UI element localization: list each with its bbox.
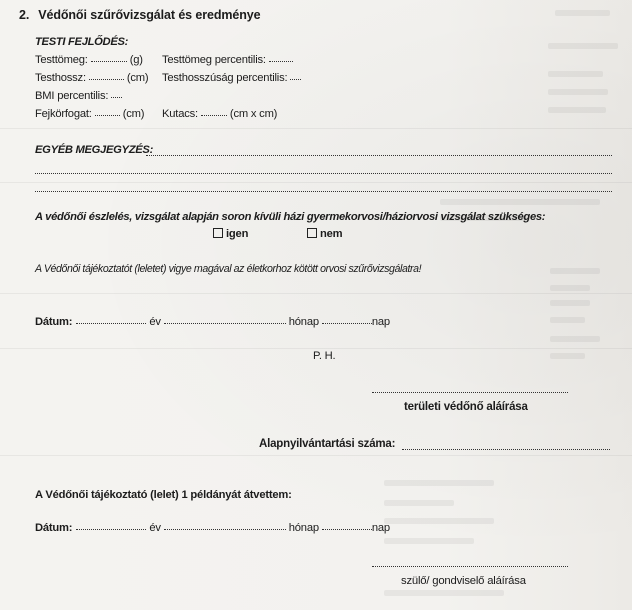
fontanelle-unit: (cm x cm) [230, 108, 277, 120]
head-circumference-row: Fejkörfogat:(cm) [35, 108, 144, 120]
height-label: Testhossz: [35, 72, 86, 84]
bmi-percentile-label: BMI percentilis: [35, 90, 108, 102]
checkbox-yes[interactable] [213, 228, 223, 238]
year-field-2[interactable] [76, 528, 146, 530]
date-label-2: Dátum: [35, 522, 72, 534]
height-field[interactable] [89, 78, 124, 80]
scanned-form-page: 2.Védőnői szűrővizsgálat és eredménye TE… [0, 0, 632, 610]
height-unit: (cm) [127, 72, 149, 84]
checkbox-no[interactable] [307, 228, 317, 238]
day-field[interactable] [322, 322, 372, 324]
parent-signature-line[interactable] [372, 566, 568, 567]
month-field-2[interactable] [164, 528, 286, 530]
weight-field[interactable] [91, 60, 127, 62]
year-label: év [149, 316, 160, 328]
date-label: Dátum: [35, 316, 72, 328]
fontanelle-label: Kutacs: [162, 108, 198, 120]
weight-percentile-field[interactable] [269, 60, 293, 62]
option-yes-label: igen [226, 228, 248, 240]
weight-unit: (g) [130, 54, 143, 66]
day-label: nap [372, 316, 390, 328]
fontanelle-row: Kutacs:(cm x cm) [162, 108, 277, 120]
fontanelle-field[interactable] [201, 114, 227, 116]
nurse-signature-line[interactable] [372, 392, 568, 393]
registry-number-label: Alapnyilvántartási száma: [259, 438, 395, 450]
receipt-statement: A Védőnői tájékoztató (lelet) 1 példányá… [35, 489, 292, 501]
day-field-2[interactable] [322, 528, 372, 530]
height-percentile-row: Testhosszúság percentilis: [162, 72, 304, 84]
nurse-signature-label: területi védőnő aláírása [404, 401, 528, 413]
month-label: hónap [289, 316, 319, 328]
date-row-2: Dátum:évhónapnap [35, 522, 390, 534]
registry-number-field[interactable] [402, 449, 610, 450]
section-title-text: Védőnői szűrővizsgálat és eredménye [38, 8, 260, 22]
year-field[interactable] [76, 322, 146, 324]
remarks-line-3[interactable] [35, 191, 612, 192]
remarks-label: EGYÉB MEGJEGYZÉS: [35, 144, 153, 156]
month-field[interactable] [164, 322, 286, 324]
head-circumference-field[interactable] [95, 114, 120, 116]
remarks-line-2[interactable] [35, 173, 612, 174]
weight-percentile-label: Testtömeg percentilis: [162, 54, 266, 66]
referral-option-no[interactable]: nem [307, 228, 342, 240]
parent-signature-label: szülő/ gondviselő aláírása [401, 575, 526, 587]
bmi-percentile-field[interactable] [111, 96, 122, 98]
stamp-placeholder: P. H. [313, 350, 335, 362]
weight-label: Testtömeg: [35, 54, 88, 66]
height-percentile-label: Testhosszúság percentilis: [162, 72, 287, 84]
section-title: 2.Védőnői szűrővizsgálat és eredménye [19, 8, 261, 22]
instruction-text: A Védőnői tájékoztatót (leletet) vigye m… [35, 263, 421, 275]
year-label-2: év [149, 522, 160, 534]
referral-option-yes[interactable]: igen [213, 228, 248, 240]
month-label-2: hónap [289, 522, 319, 534]
option-no-label: nem [320, 228, 342, 240]
height-percentile-field[interactable] [290, 78, 301, 80]
physical-development-heading: TESTI FEJLŐDÉS: [35, 36, 128, 48]
referral-question: A védőnői észlelés, vizsgálat alapján so… [35, 211, 545, 223]
head-circumference-unit: (cm) [123, 108, 145, 120]
height-row: Testhossz:(cm) [35, 72, 148, 84]
bmi-percentile-row: BMI percentilis: [35, 90, 125, 102]
day-label-2: nap [372, 522, 390, 534]
weight-row: Testtömeg:(g) [35, 54, 143, 66]
weight-percentile-row: Testtömeg percentilis: [162, 54, 296, 66]
section-number: 2. [19, 8, 29, 22]
head-circumference-label: Fejkörfogat: [35, 108, 92, 120]
date-row-1: Dátum:évhónapnap [35, 316, 390, 328]
remarks-line-1[interactable] [146, 155, 612, 156]
